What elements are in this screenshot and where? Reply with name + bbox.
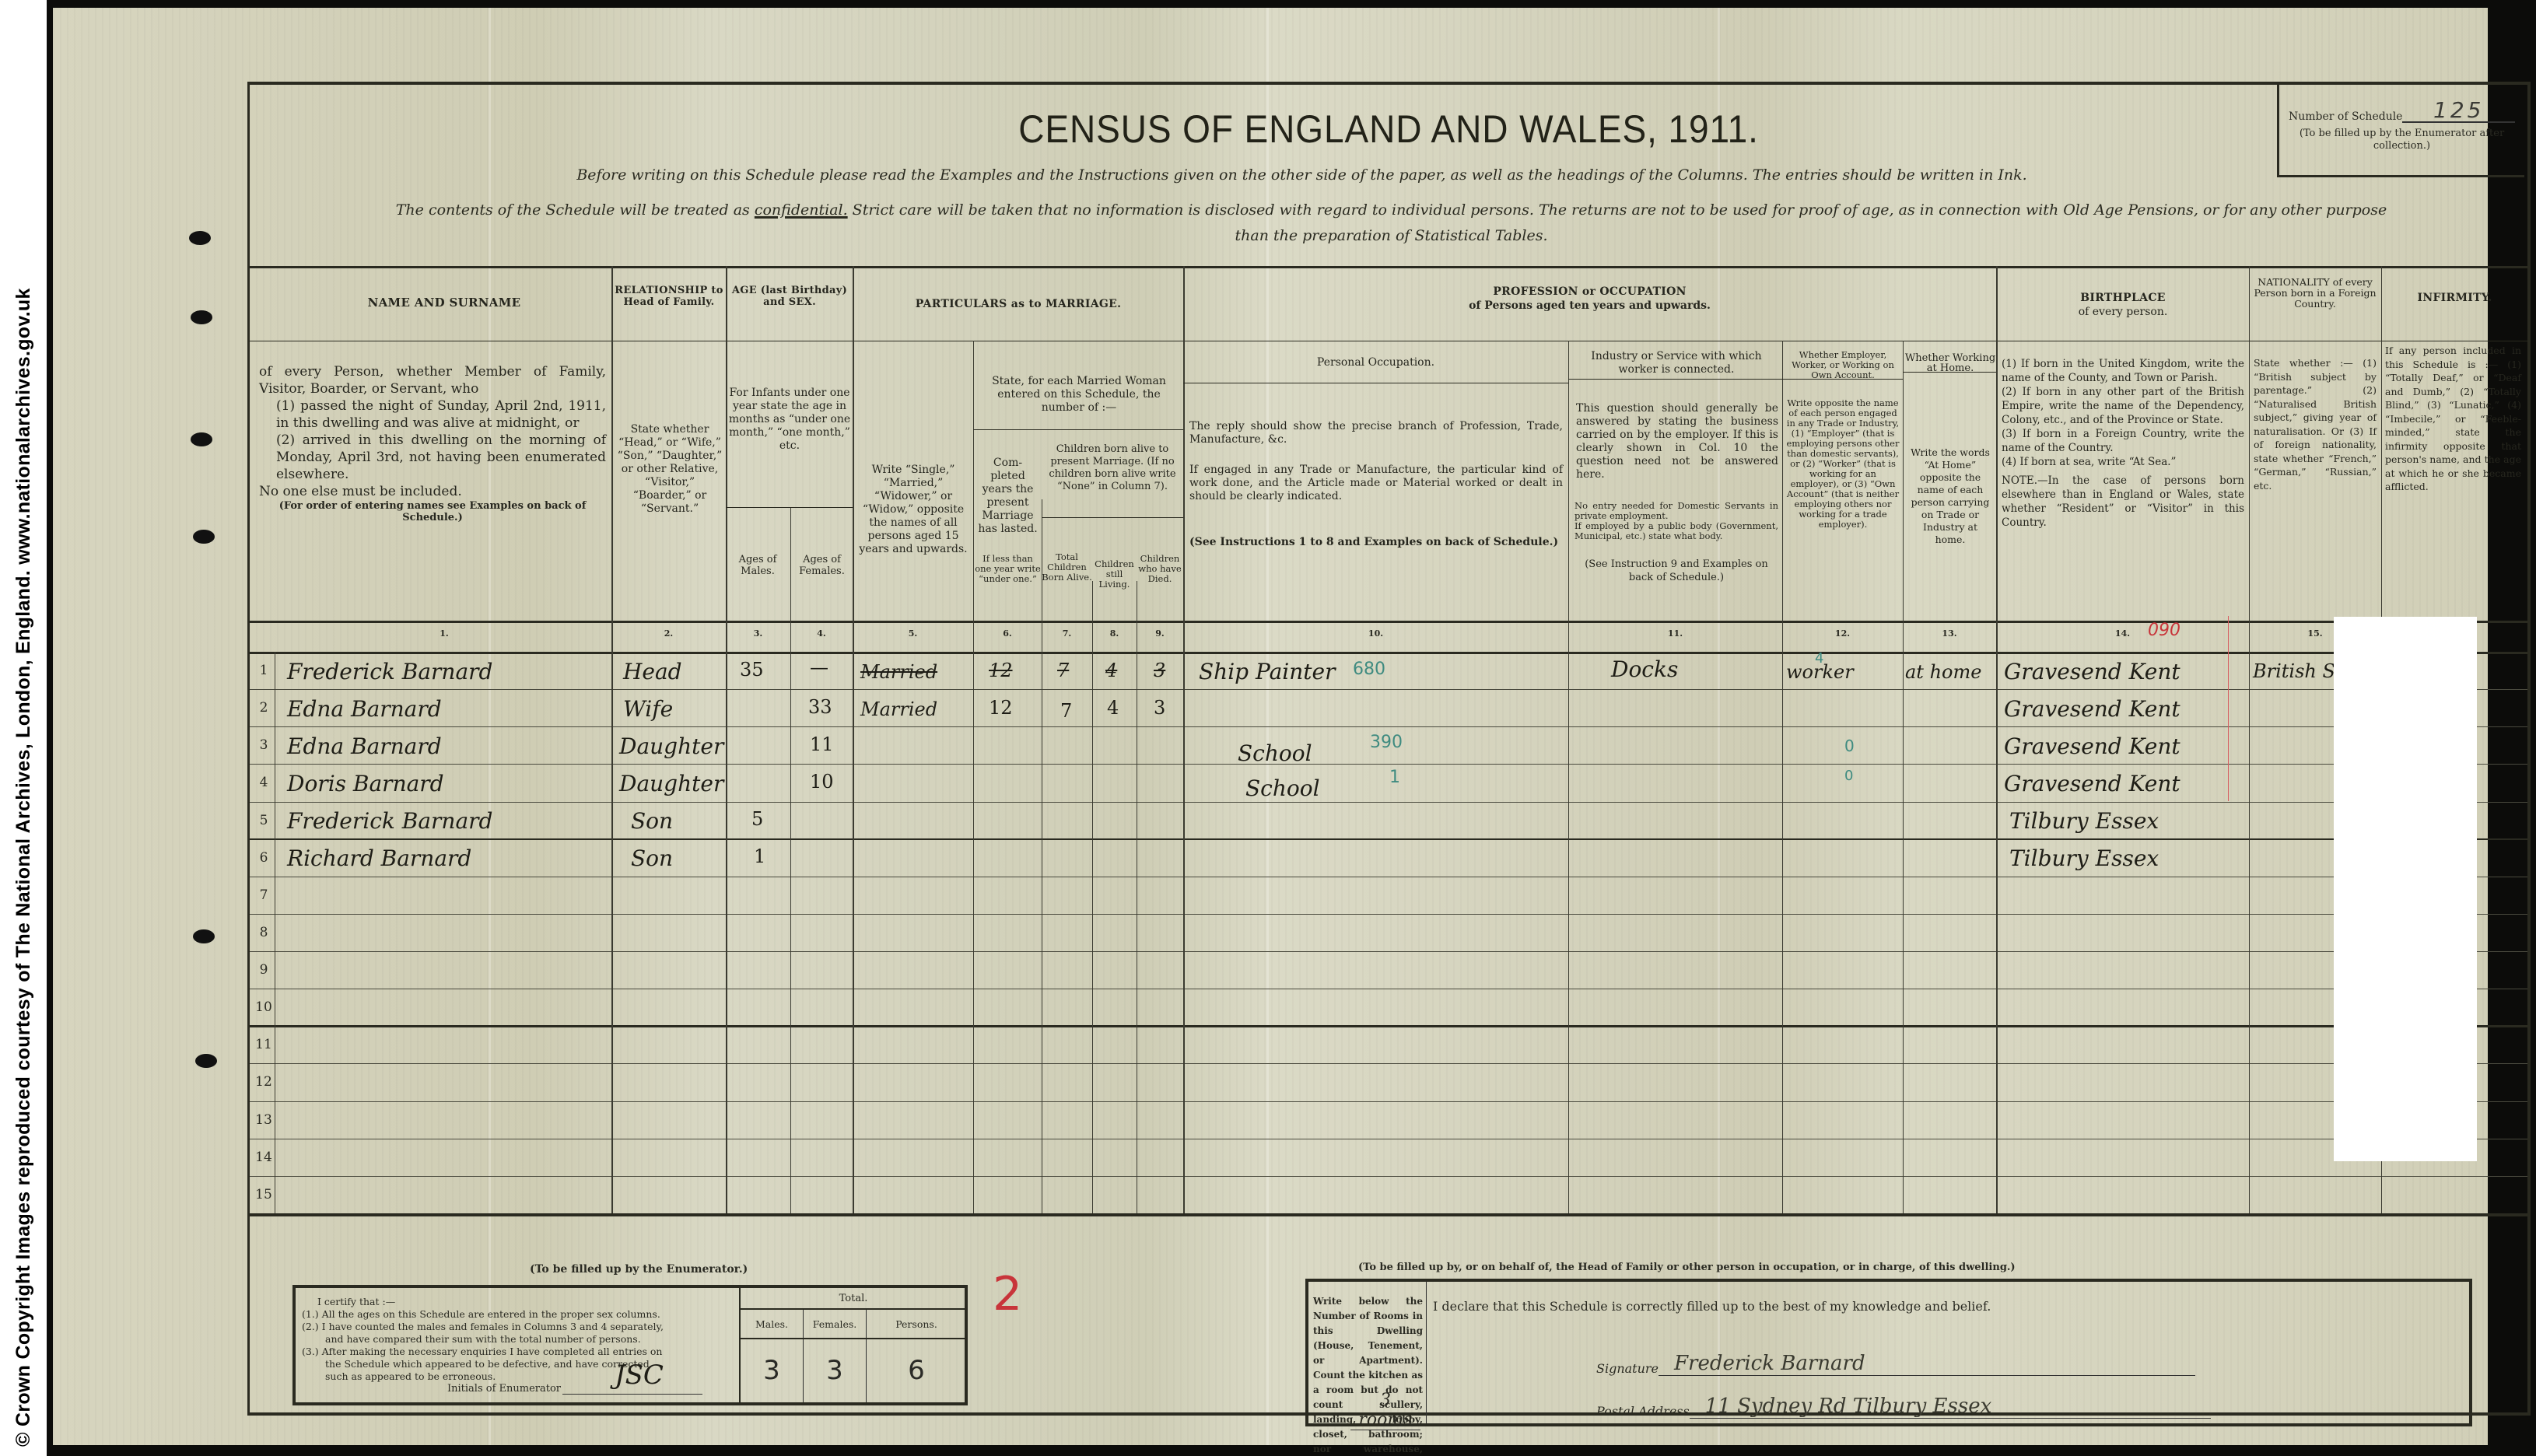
cell-relationship[interactable]: Son — [631, 808, 673, 834]
cell-age-female[interactable]: 11 — [810, 733, 834, 755]
col-industry-desc3: If employed by a public body (Government… — [1574, 521, 1778, 541]
col-birthplace-title: BIRTHPLACE — [1997, 292, 2249, 304]
col-industry-desc2: No entry needed for Domestic Servants in… — [1574, 501, 1778, 521]
data-top-rule — [250, 652, 2527, 654]
postal-address-value[interactable]: 11 Sydney Rd Tilbury Essex — [1690, 1395, 2211, 1419]
row-number: 13 — [253, 1112, 275, 1128]
punch-hole — [189, 231, 211, 245]
occupation-code: 1 — [1389, 768, 1400, 787]
col-marriage-title: PARTICULARS as to MARRIAGE. — [853, 299, 1183, 310]
cell-name[interactable]: Frederick Barnard — [287, 659, 492, 684]
subheader-divider — [726, 507, 853, 508]
row-rule — [250, 764, 2527, 765]
row-rule — [250, 989, 2527, 989]
row-number: 14 — [253, 1150, 275, 1165]
copyright-text: © Crown Copyright Images reproduced cour… — [12, 288, 35, 1447]
enumerator-section-title: (To be filled up by the Enumerator.) — [530, 1263, 748, 1276]
enumerator-initials-field: Initials of Enumerator JSC — [447, 1383, 702, 1395]
col-marriage-completed: Com- pleted years the present Marriage h… — [975, 457, 1041, 536]
col-age-desc: For Infants under one year state the age… — [727, 387, 852, 453]
cell-relationship[interactable]: Daughter — [619, 771, 723, 796]
punch-hole — [193, 530, 215, 544]
cell-birthplace[interactable]: Gravesend Kent — [2004, 733, 2180, 759]
signature-field: Signature Frederick Barnard — [1596, 1352, 2195, 1376]
col-marriage-living: Children still Living. — [1092, 559, 1137, 590]
cell-total-children[interactable]: 7 — [1057, 660, 1069, 681]
row-rule — [250, 877, 2527, 877]
declaration-text: I declare that this Schedule is correctl… — [1433, 1299, 1991, 1314]
punch-hole — [191, 432, 212, 446]
col-divider — [1782, 341, 1783, 1213]
census-form: CENSUS OF ENGLAND AND WALES, 1911. Befor… — [247, 82, 2531, 1416]
row-number: 6 — [253, 850, 275, 866]
totals-persons-label: Persons. — [867, 1310, 966, 1338]
cell-children-died[interactable]: 3 — [1154, 660, 1165, 681]
row-number: 3 — [253, 737, 275, 753]
household-section-title: (To be filled up by, or on behalf of, th… — [1358, 1262, 2016, 1273]
punch-hole — [193, 929, 215, 943]
cell-children-living[interactable]: 4 — [1107, 697, 1119, 719]
col-nationality-desc: State whether :— (1) “British subject by… — [2254, 356, 2377, 492]
table-bottom-rule — [250, 1213, 2527, 1216]
copyright-strip: © Crown Copyright Images reproduced cour… — [0, 0, 47, 1456]
postal-address-field: Postal Address 11 Sydney Rd Tilbury Esse… — [1596, 1395, 2211, 1419]
totals-title: Total. — [741, 1288, 966, 1310]
row-rule — [250, 914, 2527, 915]
cell-occupation[interactable]: School — [1245, 775, 1320, 801]
cell-marriage[interactable]: Married — [860, 661, 937, 683]
col-number: 11. — [1568, 628, 1782, 639]
col-infirmity-title: INFIRMITY. — [2382, 292, 2527, 304]
header-divider — [250, 341, 2527, 341]
col-marriage-write: Write “Single,” “Married,” “Widower,” or… — [855, 464, 972, 556]
col-number: 2. — [611, 628, 726, 639]
row-number: 12 — [253, 1074, 275, 1090]
enumerator-initials[interactable]: JSC — [615, 1360, 664, 1391]
punch-hole — [191, 310, 212, 324]
cell-children-died[interactable]: 3 — [1154, 697, 1165, 719]
col-athome-desc: Write the words “At Home” opposite the n… — [1907, 446, 1994, 546]
cell-age-female[interactable]: 33 — [808, 696, 832, 718]
col-marriage-children-head: Children born alive to present Marriage.… — [1043, 443, 1182, 493]
col-occupation-title: PROFESSION or OCCUPATION — [1183, 286, 1996, 298]
col-age-males-label: Ages of Males. — [726, 554, 790, 577]
cell-name[interactable]: Edna Barnard — [287, 696, 442, 722]
cell-age-male[interactable]: 1 — [754, 845, 765, 867]
col-birthplace-subtitle: of every person. — [1997, 306, 2249, 318]
totals-males-label: Males. — [741, 1310, 804, 1338]
row-number: 7 — [253, 887, 275, 903]
birthplace-code: 090 — [2148, 621, 2180, 640]
row-rule — [250, 1063, 2527, 1064]
row-number: 4 — [253, 775, 275, 790]
col-divider — [973, 341, 974, 1213]
cell-age-male[interactable]: 35 — [740, 659, 764, 681]
col-number: 6. — [973, 628, 1042, 639]
subheader-divider — [1183, 383, 1568, 383]
cell-age-male[interactable]: 5 — [751, 808, 763, 830]
employer-code: 0 — [1844, 737, 1855, 755]
subheader-divider — [1042, 517, 1183, 518]
totals-persons-value[interactable]: 6 — [867, 1339, 966, 1402]
schedule-number-value[interactable]: 125 — [2402, 100, 2515, 123]
cell-birthplace[interactable]: Gravesend Kent — [2004, 771, 2180, 796]
col-divider — [1183, 266, 1185, 1213]
col-divider — [1903, 341, 1904, 1213]
col-industry-desc1: This question should generally be answer… — [1576, 402, 1778, 481]
row-number: 15 — [253, 1187, 275, 1202]
subheader-divider — [973, 429, 1183, 430]
col-industry: Industry or Service with which worker is… — [1572, 350, 1781, 376]
col-birthplace-desc: (1) If born in the United Kingdom, write… — [2002, 357, 2244, 530]
col-nationality-title: NATIONALITY of every Person born in a Fo… — [2250, 277, 2380, 310]
cell-birthplace[interactable]: Tilbury Essex — [2009, 845, 2159, 871]
col-age-title: AGE (last Birthday) and SEX. — [727, 285, 852, 308]
col-divider — [1092, 581, 1093, 1213]
col-marriage-died: Children who have Died. — [1137, 554, 1183, 584]
cell-name[interactable]: Doris Barnard — [287, 771, 444, 796]
cell-athome[interactable]: at home — [1905, 661, 1981, 683]
census-schedule-page: CENSUS OF ENGLAND AND WALES, 1911. Befor… — [53, 8, 2488, 1445]
certification-text: I certify that :— (1.) All the ages on t… — [302, 1296, 734, 1383]
column-number-rule — [250, 621, 2527, 623]
signature-value[interactable]: Frederick Barnard — [1659, 1352, 2195, 1376]
col-occupation-subtitle: of Persons aged ten years and upwards. — [1183, 300, 1996, 312]
col-number: 12. — [1782, 628, 1903, 639]
page-title: CENSUS OF ENGLAND AND WALES, 1911. — [341, 107, 2436, 152]
col-number: 14. — [1996, 628, 2249, 639]
cell-employer[interactable]: worker — [1786, 661, 1854, 683]
row-number: 10 — [253, 999, 275, 1015]
col-relationship-title: RELATIONSHIP to Head of Family. — [614, 285, 724, 308]
red-annotation: 2 — [993, 1267, 1022, 1321]
col-industry-desc4: (See Instruction 9 and Examples on back … — [1574, 558, 1778, 584]
cell-birthplace[interactable]: Gravesend Kent — [2004, 659, 2180, 684]
row-10-rule — [250, 1025, 2527, 1027]
punch-hole — [195, 1054, 217, 1068]
col-infirmity-desc: If any person included in this Schedule … — [2385, 344, 2521, 494]
row-rule — [250, 951, 2527, 952]
col-number: 3. — [726, 628, 790, 639]
col-personal-desc1: The reply should show the precise branch… — [1189, 420, 1563, 446]
schedule-number-label: Number of Schedule — [2289, 110, 2402, 123]
col-number: 4. — [790, 628, 853, 639]
col-personal-occupation: Personal Occupation. — [1183, 356, 1568, 369]
col-divider — [1137, 581, 1137, 1213]
totals-females-value[interactable]: 3 — [804, 1339, 867, 1402]
row-rule — [250, 1101, 2527, 1102]
redaction-block — [2334, 617, 2477, 1161]
row-rule — [250, 1139, 2527, 1139]
schedule-number-note: (To be filled up by the Enumerator after… — [2289, 128, 2515, 152]
row-rule — [250, 802, 2527, 803]
cell-age-female[interactable]: 10 — [810, 771, 834, 793]
cell-name[interactable]: Edna Barnard — [287, 733, 442, 759]
col-employer-desc: Write opposite the name of each person e… — [1784, 398, 1902, 530]
cell-relationship[interactable]: Head — [623, 659, 682, 684]
col-number: 1. — [277, 628, 611, 639]
employer-code: 0 — [1844, 768, 1853, 784]
rooms-count[interactable]: 3 rooms — [1350, 1391, 1420, 1430]
col-number: 5. — [853, 628, 973, 639]
col-employer: Whether Employer, Worker, or Working on … — [1784, 350, 1902, 380]
confidential-notice: The contents of the Schedule will be tre… — [250, 201, 2533, 219]
col-number: 13. — [1903, 628, 1996, 639]
cell-occupation[interactable]: Ship Painter — [1199, 659, 1335, 684]
col-number: 7. — [1042, 628, 1092, 639]
row-number: 11 — [253, 1037, 275, 1052]
col-divider — [790, 507, 791, 1213]
cell-age-female[interactable]: — — [810, 656, 828, 678]
instruction-line: Before writing on this Schedule please r… — [250, 166, 2533, 184]
row-number: 9 — [253, 962, 275, 978]
col-number: 9. — [1137, 628, 1183, 639]
row-number: 2 — [253, 700, 275, 716]
cell-birthplace[interactable]: Tilbury Essex — [2009, 808, 2159, 834]
col-divider — [1042, 499, 1042, 1213]
col-number: 10. — [1183, 628, 1568, 639]
col-divider — [853, 266, 854, 1213]
rownum-divider — [275, 652, 275, 1213]
cell-name[interactable]: Frederick Barnard — [287, 808, 492, 834]
red-pencil-mark — [2228, 616, 2229, 801]
cell-relationship[interactable]: Daughter — [619, 733, 723, 759]
row-rule — [250, 1176, 2527, 1177]
cell-relationship[interactable]: Son — [631, 845, 673, 871]
table-top-rule — [250, 266, 2527, 268]
occupation-code: 680 — [1353, 660, 1385, 679]
cell-birthplace[interactable]: Gravesend Kent — [2004, 696, 2180, 722]
enumerator-certification-box: I certify that :— (1.) All the ages on t… — [292, 1285, 968, 1405]
row-number: 5 — [253, 813, 275, 828]
row-rule — [250, 726, 2527, 727]
col-number: 8. — [1092, 628, 1137, 639]
cell-name[interactable]: Richard Barnard — [287, 845, 471, 871]
col-athome: Whether Working at Home. — [1904, 353, 1996, 373]
col-divider — [2249, 266, 2250, 1213]
row-number: 8 — [253, 925, 275, 940]
cell-industry[interactable]: Docks — [1611, 656, 1678, 682]
cell-total-children[interactable]: 7 — [1060, 700, 1072, 722]
col-marriage-state: State, for each Married Woman entered on… — [977, 375, 1181, 415]
household-declaration-box: Write below the Number of Rooms in this … — [1305, 1279, 2472, 1426]
col-personal-desc3: (See Instructions 1 to 8 and Examples on… — [1189, 536, 1563, 549]
cell-years[interactable]: 12 — [989, 697, 1013, 719]
col-divider — [1996, 266, 1998, 1213]
totals-females-label: Females. — [804, 1310, 867, 1338]
totals-table: Total. Males. Females. Persons. 3 3 6 — [739, 1288, 966, 1402]
col-divider — [611, 266, 613, 1213]
col-name-desc: of every Person, whether Member of Famil… — [259, 363, 606, 523]
col-personal-desc2: If engaged in any Trade or Manufacture, … — [1189, 464, 1563, 503]
cell-children-living[interactable]: 4 — [1105, 660, 1117, 681]
confidential-notice-end: than the preparation of Statistical Tabl… — [250, 227, 2533, 244]
col-marriage-completed-note: If less than one year write “under one.” — [975, 554, 1041, 584]
cell-years[interactable]: 12 — [989, 660, 1013, 681]
row-rule — [250, 689, 2527, 690]
col-name-title: NAME AND SURNAME — [277, 297, 611, 309]
occupation-code: 390 — [1370, 733, 1403, 752]
schedule-number-box: Number of Schedule 125 (To be filled up … — [2277, 82, 2524, 177]
col-relationship-desc: State whether “Head,” or “Wife,” “Son,” … — [615, 423, 724, 516]
totals-males-value[interactable]: 3 — [741, 1339, 804, 1402]
cell-occupation[interactable]: School — [1238, 740, 1312, 766]
cell-relationship[interactable]: Wife — [623, 696, 673, 722]
row-number: 1 — [253, 663, 275, 678]
col-age-females-label: Ages of Females. — [791, 554, 853, 577]
row-5-rule — [250, 838, 2527, 840]
col-divider — [1568, 341, 1569, 1213]
cell-marriage[interactable]: Married — [860, 698, 937, 720]
col-marriage-total: Total Children Born Alive. — [1042, 552, 1092, 583]
